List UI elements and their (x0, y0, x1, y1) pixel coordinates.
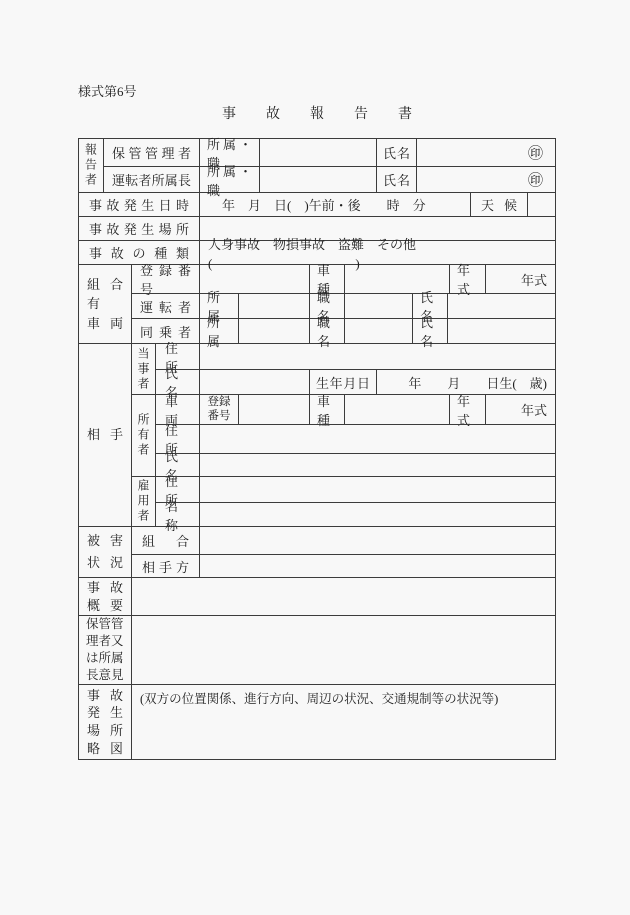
section-damage: 被害 状況 組合 相手方 (79, 526, 555, 577)
owner-subsection: 所有者 車両 登録 番号 車種 年式 年式 住所 (132, 394, 555, 476)
owner-group-label: 所有者 (135, 413, 152, 458)
weather-value-cell (527, 193, 555, 216)
name-label-cell: 氏名 (376, 139, 416, 166)
weather-label: 天候 (471, 195, 527, 214)
driver-label-cell: 運転者 (132, 294, 199, 318)
damage-union-label: 組合 (132, 531, 199, 550)
owner-name-row: 氏名 (156, 453, 555, 476)
opinion-value-cell (132, 616, 555, 684)
owner-reg-label-cell: 登録 番号 (199, 395, 238, 424)
damage-group-label: 被害 状況 (79, 530, 131, 574)
section-union-vehicle: 組合有 車両 登録番号 車種 年式 年式 運転者 所属 職名 氏名 同乗者 (79, 264, 555, 343)
owner-type-value-cell (344, 395, 449, 424)
driver-aff-value-cell (238, 294, 309, 318)
weather-label-cell: 天候 (470, 193, 527, 216)
location-label-cell: 事故発生場所 (79, 217, 199, 240)
section-reporter: 報告者 保管管理者 所属・職 氏名 ㊞ 運転者所属長 所属・職 氏名 ㊞ (79, 139, 555, 192)
sketch-note: (双方の位置関係、進行方向、周辺の状況、交通規制等の状況等) (132, 685, 555, 711)
owner-type-label-cell: 車種 (309, 395, 344, 424)
owner-year-value: 年式 (486, 400, 555, 419)
employer-name-label-cell: 名称 (156, 503, 199, 526)
other-party-group-cell: 相手 (79, 344, 132, 526)
datetime-label: 事故発生日時 (79, 195, 199, 214)
name-value-cell: ㊞ (416, 139, 555, 166)
employer-name-value-cell (199, 503, 555, 526)
affiliation-label-cell: 所属・職 (199, 167, 259, 192)
birthdate-label: 生年月日 (310, 373, 376, 392)
passenger-title-value-cell (344, 319, 412, 343)
party-group-cell: 当事者 (132, 344, 156, 394)
section-summary: 事故 概要 (79, 577, 555, 615)
datetime-label-cell: 事故発生日時 (79, 193, 199, 216)
year-value-cell: 年式 (485, 265, 555, 293)
owner-year-label: 年式 (450, 391, 485, 429)
damage-union-row: 組合 (132, 527, 555, 554)
name-label: 氏名 (377, 170, 416, 189)
party-subsection: 当事者 住所 氏名 生年月日 年 月 日生( 歳) (132, 344, 555, 394)
passenger-aff-value-cell (238, 319, 309, 343)
registration-label-cell: 登録番号 (132, 265, 199, 293)
section-other-party: 相手 当事者 住所 氏名 生年月日 年 月 日生( 歳) (79, 343, 555, 526)
party-name-row: 氏名 生年月日 年 月 日生( 歳) (156, 369, 555, 394)
damage-union-label-cell: 組合 (132, 527, 199, 554)
owner-reg-label: 登録 番号 (200, 396, 238, 424)
affiliation-value-cell (259, 167, 376, 192)
sketch-label: 事故 発生 場所 略図 (79, 687, 131, 757)
summary-label-cell: 事故 概要 (79, 578, 132, 615)
owner-name-value-cell (199, 454, 555, 476)
summary-value-cell (132, 578, 555, 615)
reporter-group-cell: 報告者 (79, 139, 104, 192)
reporter-role-cell: 運転者所属長 (104, 167, 199, 192)
passenger-aff-label-cell: 所属 (199, 319, 238, 343)
name-label-cell: 氏名 (376, 167, 416, 192)
name-label: 氏名 (377, 143, 416, 162)
damage-group-cell: 被害 状況 (79, 527, 132, 577)
document-page: { "page": { "form_no": "様式第6号", "title":… (0, 0, 630, 915)
employer-subsection: 雇用者 住所 名称 (132, 476, 555, 526)
sketch-label-cell: 事故 発生 場所 略図 (79, 685, 132, 759)
opinion-label-cell: 保管管 理者又 は所属 長意見 (79, 616, 132, 684)
seal-mark: ㊞ (417, 169, 555, 190)
other-party-group-label: 相手 (79, 425, 131, 445)
summary-label: 事故 概要 (79, 579, 131, 614)
owner-year-value-cell: 年式 (485, 395, 555, 424)
form-number: 様式第6号 (78, 81, 137, 100)
sketch-area-cell: (双方の位置関係、進行方向、周辺の状況、交通規制等の状況等) (132, 685, 555, 759)
birthdate-value: 年 月 日生( 歳) (377, 373, 555, 392)
driver-name-value-cell (447, 294, 555, 318)
owner-group-cell: 所有者 (132, 395, 156, 476)
reporter-role-label: 保管管理者 (104, 143, 199, 162)
reporter-row-chief: 運転者所属長 所属・職 氏名 ㊞ (104, 166, 555, 192)
reporter-row-manager: 保管管理者 所属・職 氏名 ㊞ (104, 139, 555, 166)
reporter-role-label: 運転者所属長 (104, 170, 199, 189)
datetime-value: 年 月 日( )午前・後 時 分 (200, 195, 470, 214)
seal-mark: ㊞ (417, 142, 555, 163)
union-vehicle-group-cell: 組合有 車両 (79, 265, 132, 343)
affiliation-value-cell (259, 139, 376, 166)
owner-year-label-cell: 年式 (449, 395, 485, 424)
datetime-value-cell: 年 月 日( )午前・後 時 分 (199, 193, 470, 216)
employer-address-row: 住所 (156, 477, 555, 502)
type-value-cell: 人身事故 物損事故 盗難 その他( ) (199, 241, 555, 264)
document-title: 事 故 報 告 書 (78, 103, 556, 123)
section-opinion: 保管管 理者又 は所属 長意見 (79, 615, 555, 684)
employer-name-row: 名称 (156, 502, 555, 526)
driver-label: 運転者 (132, 297, 199, 316)
year-value: 年式 (486, 270, 555, 289)
passenger-name-value-cell (447, 319, 555, 343)
incident-datetime-row: 事故発生日時 年 月 日( )午前・後 時 分 天候 (79, 193, 555, 216)
employer-group-cell: 雇用者 (132, 477, 156, 526)
passenger-name-label-cell: 氏名 (412, 319, 447, 343)
reporter-role-cell: 保管管理者 (104, 139, 199, 166)
accident-report-table: 報告者 保管管理者 所属・職 氏名 ㊞ 運転者所属長 所属・職 氏名 ㊞ 事故発… (78, 138, 556, 760)
damage-other-row: 相手方 (132, 554, 555, 577)
owner-address-value-cell (199, 425, 555, 453)
party-group-label: 当事者 (135, 347, 152, 392)
damage-other-value-cell (199, 555, 555, 577)
owner-type-label: 車種 (310, 391, 344, 429)
location-label: 事故発生場所 (79, 219, 199, 238)
party-name-value-cell (199, 370, 309, 394)
section-sketch: 事故 発生 場所 略図 (双方の位置関係、進行方向、周辺の状況、交通規制等の状況… (79, 684, 555, 759)
party-address-row: 住所 (156, 344, 555, 369)
damage-other-label: 相手方 (132, 557, 199, 576)
opinion-label: 保管管 理者又 は所属 長意見 (79, 616, 131, 684)
owner-address-row: 住所 (156, 424, 555, 453)
name-value-cell: ㊞ (416, 167, 555, 192)
section-incident: 事故発生日時 年 月 日( )午前・後 時 分 天候 事故発生場所 事故の種類 … (79, 192, 555, 264)
damage-other-label-cell: 相手方 (132, 555, 199, 577)
owner-vehicle-row: 車両 登録 番号 車種 年式 年式 (156, 395, 555, 424)
union-vehicle-group-label: 組合有 車両 (79, 275, 131, 334)
party-address-value-cell (199, 344, 555, 369)
passenger-title-label-cell: 職名 (309, 319, 344, 343)
employer-address-value-cell (199, 477, 555, 502)
driver-title-value-cell (344, 294, 412, 318)
year-label-cell: 年式 (449, 265, 485, 293)
reporter-group-label: 報告者 (83, 143, 100, 188)
damage-union-value-cell (199, 527, 555, 554)
employer-group-label: 雇用者 (135, 479, 152, 524)
owner-reg-value-cell (238, 395, 309, 424)
